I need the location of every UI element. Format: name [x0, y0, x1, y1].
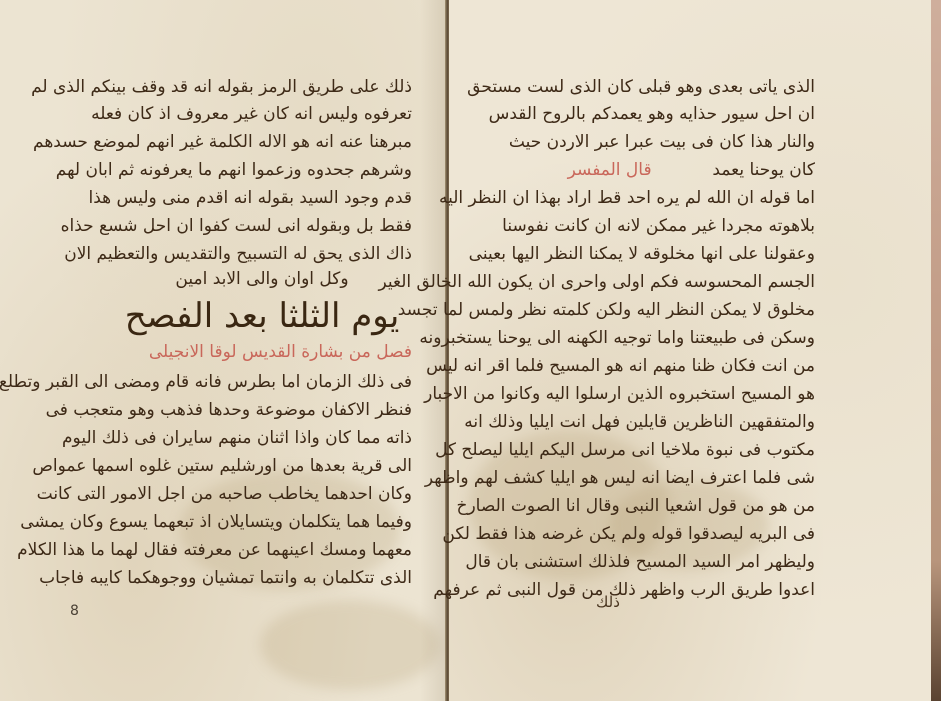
- text-line: فنظر الاكفان موضوعة وحدها فذهب وهو متعجب…: [46, 395, 412, 425]
- right-text-block: الذى ياتى بعدى وهو قبلى كان الذى لست مست…: [515, 72, 815, 592]
- text-line: اعدوا طريق الرب واظهر ذلك من قول النبى ث…: [433, 575, 815, 605]
- text-line: فى البريه ليصدقوا قوله ولم يكن غرضه هذا …: [442, 519, 815, 549]
- text-line: تعرفوه وليس انه كان غير معروف اذ كان فعل…: [91, 99, 412, 129]
- text-line: مكتوب فى نبوة ملاخيا انى مرسل اليكم ايلي…: [435, 435, 815, 465]
- text-line: وعقولنا على انها مخلوقه لا يمكنا النظر ا…: [469, 239, 815, 269]
- text-line: فى ذلك الزمان اما بطرس فانه قام ومضى الى…: [0, 367, 412, 397]
- text-line: وكل اوان والى الابد امين: [112, 264, 412, 294]
- text-line: مبرهنا عنه انه هو الاله الكلمة غير انهم …: [33, 127, 412, 157]
- text-line: فقط بل وبقوله انى لست كفوا ان احل شسع حذ…: [61, 211, 412, 241]
- text-line: وكان احدهما يخاطب صاحبه من اجل الامور ال…: [37, 479, 412, 509]
- catchword: ذلك: [596, 593, 620, 611]
- left-page: ذلك على طريق الرمز بقوله انه قد وقف بينك…: [0, 0, 447, 701]
- text-line: وشرهم جحدوه وزعموا انهم ما يعرفونه ثم اب…: [56, 155, 412, 185]
- text-line: ذاته مما كان واذا اثنان منهم سايران فى ذ…: [62, 423, 412, 453]
- text-line: من انت فكان ظنا منهم انه هو المسيح فلما …: [426, 351, 815, 381]
- text-line: ذلك على طريق الرمز بقوله انه قد وقف بينك…: [31, 72, 412, 102]
- water-stain: [260, 600, 440, 690]
- section-heading: يوم الثلثا بعد الفصح: [112, 294, 412, 338]
- text-line: من هو من قول اشعيا النبى وقال انا الصوت …: [457, 491, 816, 521]
- text-line: وسكن فى طبيعتنا واما توجيه الكهنه الى يو…: [419, 323, 815, 353]
- text-line: الى قرية بعدها من اورشليم ستين غلوه اسمه…: [32, 451, 412, 481]
- manuscript-spread: ذلك على طريق الرمز بقوله انه قد وقف بينك…: [0, 0, 941, 701]
- text-line: شى فلما اعترف ايضا انه ليس هو ايليا كشف …: [425, 463, 815, 493]
- text-line: معهما ومسك اعينهما عن معرفته فقال لهما م…: [17, 535, 412, 565]
- text-line: بلاهوته مجردا غير ممكن لانه ان كانت نفوس…: [502, 211, 815, 241]
- rubric-line: فصل من بشارة القديس لوقا الانجيلى: [149, 337, 412, 367]
- text-span: كان يوحنا يعمد: [712, 160, 815, 180]
- text-line: الذى تتكلمان به وانتما تمشيان ووجوهكما ك…: [39, 563, 412, 593]
- text-line: الجسم المحسوسه فكم اولى واحرى ان يكون ال…: [378, 267, 815, 297]
- text-line: والمتفقهين الناظرين قايلين فهل انت ايليا…: [464, 407, 815, 437]
- text-line: قدم وجود السيد بقوله انه اقدم منى وليس ه…: [89, 183, 412, 213]
- text-line: وليظهر امر السيد المسيح فلذلك استشنى بان…: [465, 547, 815, 577]
- text-line: ان احل سيور حذايه وهو يعمدكم بالروح القد…: [489, 99, 815, 129]
- rubric-inline: قال المفسر: [568, 160, 652, 180]
- page-edge: [931, 0, 941, 701]
- text-line: والنار هذا كان فى بيت عبرا عبر الاردن حي…: [509, 127, 815, 157]
- text-line: وفيما هما يتكلمان ويتسايلان اذ تبعهما يس…: [20, 507, 412, 537]
- text-line: كان يوحنا يعمد قال المفسر: [568, 155, 815, 185]
- text-line: اما قوله ان الله لم يره احد قط اراد بهذا…: [439, 183, 815, 213]
- left-text-block: ذلك على طريق الرمز بقوله انه قد وقف بينك…: [112, 72, 412, 592]
- text-line: مخلوق لا يمكن النظر اليه ولكن كلمته نظر …: [398, 295, 815, 325]
- text-line: هو المسيح استخبروه الذين ارسلوا اليه وكا…: [424, 379, 815, 409]
- text-line: الذى ياتى بعدى وهو قبلى كان الذى لست مست…: [467, 72, 815, 102]
- folio-number: 8: [70, 603, 79, 619]
